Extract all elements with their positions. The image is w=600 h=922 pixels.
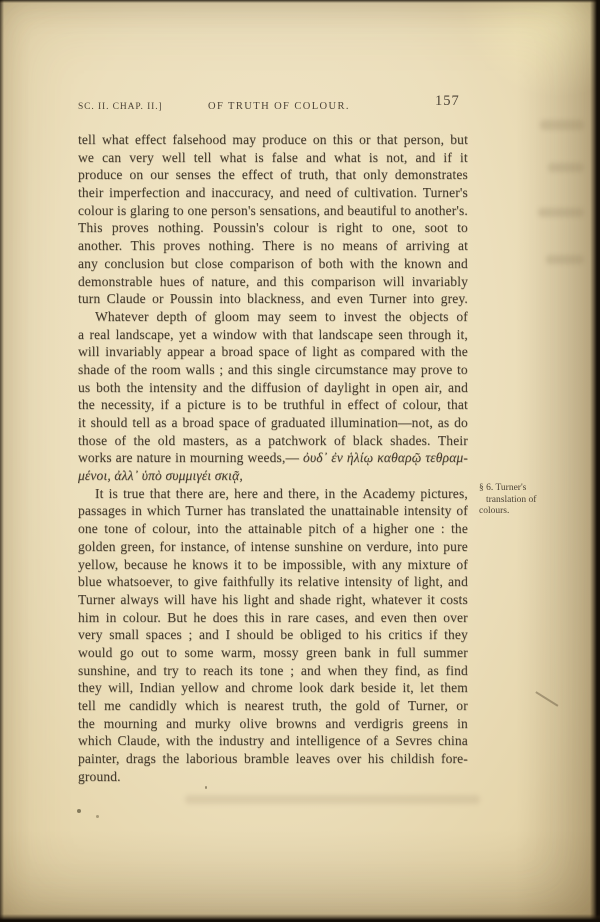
text-line: produceonoursensestheeffectoftruth,thato… [78,166,468,184]
text-line: Thisprovesnothing.Poussin'scolourisright… [78,219,468,237]
text-line: thoseoftheoldmasters,asapatchworkofblack… [78,432,468,450]
header-running-title: OF TRUTH OF COLOUR. [208,101,350,112]
text-line: tellmecandidlywhichisnearesttruth,thegol… [78,697,468,715]
text-line: onetoneofcolour,intotheattainablepitchof… [78,520,468,538]
text-line: themourningandmurkyolivebrownsandverdigr… [78,715,468,733]
text-line: turnClaudeorPoussinintoblackness,andeven… [78,290,468,308]
showthrough-smudge [538,208,584,217]
text-line: worksarenatureinmourningweeds,—ὀυδ᾽ἐνἡλί… [78,449,468,467]
text-line: tellwhateffectfalsehoodmayproduceonthiso… [78,131,468,149]
body-text: tellwhateffectfalsehoodmayproduceonthiso… [78,131,468,785]
text-line: usboththeintensityandthediffusionofdayli… [78,379,468,397]
header-section-label: SC. II. CHAP. II.] [78,102,163,112]
text-line: goldengreen,forinstance,ofintensesunshin… [78,538,468,556]
paper-speck [96,815,99,818]
text-line: Turneralwayswillhavehislightandshaderigh… [78,591,468,609]
scanned-book-page: SC. II. CHAP. II.] OF TRUTH OF COLOUR. 1… [0,0,600,922]
text-line: μένοι, ἀλλ᾽ ὑπὸ συμμιγέι σκιᾷ, [78,467,468,485]
margin-note-line: § 6. Turner's [479,483,559,495]
scan-edge-bottom [0,914,600,922]
text-line: himincolour.Buthedoesthisinrarecases,and… [78,609,468,627]
text-line: ground. [78,768,468,786]
showthrough-smudge [540,120,584,130]
text-line: itshouldtellasabroadspaceofgraduatedillu… [78,414,468,432]
text-line: verysmallspaces;andIshouldbeobligedtohis… [78,626,468,644]
scan-edge-left [0,0,4,922]
text-line: areallandscape,yetawindowwiththatlandsca… [78,326,468,344]
text-line: wecanverywelltellwhatisfalseandwhatisnot… [78,149,468,167]
text-line: passagesinwhichTurnerhastranslatedtheuna… [78,502,468,520]
text-line: bluewhatsoever,togivefaithfullyitsrelati… [78,573,468,591]
margin-note: § 6. Turner's translation of colours. [479,483,559,518]
scan-edge-top [0,0,600,3]
showthrough-smudge [548,163,584,172]
text-line: theywill,Indianyellowandchromelookdarkbe… [78,679,468,697]
text-line: demonstrablehuesofnature,andthiscomparis… [78,273,468,291]
showthrough-smudge [546,255,584,264]
text-line: wouldgoouttosomewarm,mossygreenbankinful… [78,644,468,662]
paper-speck [77,809,81,813]
text-line: Whateverdepthofgloommayseemtoinvesttheob… [78,308,468,326]
paper-speck [205,786,207,789]
text-line: willinvariablyappearabroadspaceoflightas… [78,343,468,361]
text-line: painter,dragsthelaboriousbrambleleavesov… [78,750,468,768]
showthrough-smudge [185,795,480,804]
text-line: sunshine,andtrytoreachitstone;andwhenthe… [78,662,468,680]
text-line: thenecessity,ifapictureistobetruthfuline… [78,396,468,414]
text-line: another.Thisprovesnothing.Thereisnomeans… [78,237,468,255]
text-line: yellow,becauseheknowsittobeimpossible,wi… [78,556,468,574]
text-line: shadeoftheroomwalls;andthissinglecircums… [78,361,468,379]
margin-note-line: colours. [479,506,559,518]
header-page-number: 157 [435,93,460,110]
scan-edge-right [590,0,600,922]
text-line: theirimperfectionandinaccuracy,andneedof… [78,184,468,202]
text-line: Itistruethatthereare,hereandthere,intheA… [78,485,468,503]
text-line: whichClaude,withtheindustryandintelligen… [78,732,468,750]
text-line: anyconclusionbutclosecomparisonofbothwit… [78,255,468,273]
paper-scratch [536,691,559,706]
margin-note-line: translation of [479,495,559,507]
text-line: colourisglaringtooneperson'ssensations,a… [78,202,468,220]
